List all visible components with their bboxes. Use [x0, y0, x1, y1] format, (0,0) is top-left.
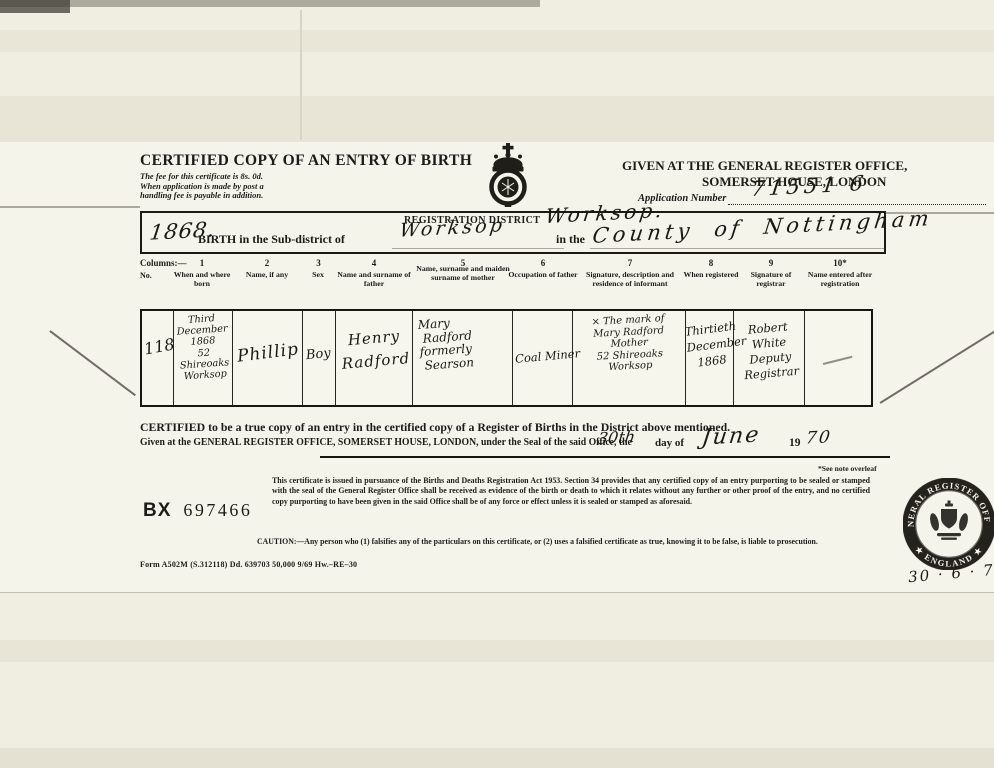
- certification-year-value: 70: [805, 427, 833, 448]
- scanned-birth-certificate: CERTIFIED COPY OF AN ENTRY OF BIRTH The …: [0, 0, 994, 768]
- entry-cell-informant: × The mark of Mary Radford Mother 52 Shi…: [573, 311, 686, 405]
- column-number: 4: [335, 258, 413, 268]
- serial-number-digits: 697466: [183, 500, 252, 520]
- certification-year-prefix-text: 19: [789, 437, 801, 449]
- subdistrict-value: Worksop: [398, 214, 506, 241]
- column-label: Name, surname and maiden surname of moth…: [413, 265, 513, 282]
- county-underline: [590, 248, 884, 249]
- column-number: 10*: [807, 258, 873, 268]
- certification-year-value-text: 70: [805, 427, 833, 448]
- certification-line2: Given at the GENERAL REGISTER OFFICE, SO…: [140, 437, 632, 448]
- column-label: When and where born: [167, 271, 237, 288]
- fold-line-left: [50, 330, 136, 396]
- gro-seal: GENERAL REGISTER OFFICE ★ ENGLAND ★: [903, 478, 994, 575]
- certification-year-prefix: 19: [789, 437, 801, 449]
- entry-cell-mother: Mary Radford formerly Searson: [413, 311, 512, 405]
- fee-note: The fee for this certificate is 8s. 0d. …: [140, 172, 264, 201]
- issuance-paragraph: This certificate is issued in pursuance …: [272, 476, 870, 507]
- entry-no: 118: [143, 334, 176, 358]
- birth-line-infix: in the: [556, 232, 585, 247]
- scan-edge-top: [0, 0, 540, 7]
- columns-header: Columns:— 1 2 3 4 5 6 7 8 9 10* No. When…: [140, 257, 900, 305]
- column-label: Name and surname of father: [332, 271, 416, 288]
- certification-rule: [320, 456, 890, 458]
- column-number: 7: [573, 258, 687, 268]
- certification-day-of-text: day of: [655, 437, 684, 449]
- column-number: 3: [302, 258, 335, 268]
- entry-cell-sex: Boy: [303, 311, 336, 405]
- entry-cell-when-where-born: Third December 1868 52 Shireoaks Worksop: [174, 311, 234, 405]
- entry-table: 118 Third December 1868 52 Shireoaks Wor…: [140, 309, 873, 407]
- column-number: 6: [513, 258, 573, 268]
- scan-edge-top-blob: [0, 0, 70, 13]
- fold-line-right: [880, 331, 994, 404]
- column-label: Occupation of father: [508, 271, 578, 280]
- certificate-bottom-edge: [0, 592, 994, 593]
- certification-line1-text: CERTIFIED to be a true copy of an entry …: [140, 420, 730, 434]
- entry-cell-no: 118: [142, 311, 174, 405]
- caution-text: CAUTION:—Any person who (1) falsifies an…: [257, 537, 855, 546]
- certification-month-text: June: [700, 422, 762, 450]
- column-label: Name entered after registration: [800, 271, 880, 288]
- scan-line-left: [0, 206, 140, 208]
- serial-number: BX 697466: [143, 500, 252, 522]
- entry-cell-occupation: Coal Miner: [513, 311, 573, 405]
- column-label: When registered: [681, 271, 741, 280]
- entry-cell-when-registered: Thirtieth December 1868: [686, 311, 734, 405]
- column-number: 2: [232, 258, 302, 268]
- scan-band-2: [0, 96, 994, 142]
- entry-sex: Boy: [305, 346, 331, 364]
- birth-line-infix-text: in the: [556, 232, 585, 246]
- royal-crown-badge-icon: [486, 143, 530, 212]
- entry-cell-name: Phillip: [233, 311, 303, 405]
- certification-month-value: June: [700, 422, 762, 450]
- entry-name: Phillip: [236, 339, 300, 366]
- entry-cell-name-after: [805, 311, 871, 405]
- column-number: 8: [687, 258, 735, 268]
- page-title: CERTIFIED COPY OF AN ENTRY OF BIRTH: [140, 152, 472, 170]
- entry-cell-father: Henry Radford: [336, 311, 414, 405]
- certification-day-text: 30th: [597, 427, 637, 448]
- scan-band-3: [0, 640, 994, 662]
- column-label: Signature, description and residence of …: [570, 271, 690, 288]
- entry-occupation: Coal Miner: [514, 346, 580, 366]
- issuance-paragraph-text: This certificate is issued in pursuance …: [272, 476, 870, 506]
- serial-prefix: BX: [143, 500, 171, 521]
- scan-crease-vertical: [300, 10, 302, 140]
- certification-day-of-label: day of: [655, 437, 684, 449]
- registration-district-box: REGISTRATION DISTRICT Worksop. 1868. BIR…: [140, 211, 886, 254]
- page-title-text: CERTIFIED COPY OF AN ENTRY OF BIRTH: [140, 152, 472, 169]
- seal-crest: [928, 501, 969, 540]
- certification-line1: CERTIFIED to be a true copy of an entry …: [140, 420, 730, 435]
- subdistrict-underline: [392, 248, 564, 249]
- stray-pen-mark: [823, 356, 852, 365]
- birth-subdistrict-prefix-text: BIRTH in the Sub-district of: [198, 232, 345, 246]
- entry-cell-registrar: Robert White Deputy Registrar: [734, 311, 806, 405]
- column-number: 9: [735, 258, 807, 268]
- column-number: 1: [172, 258, 232, 268]
- certification-line2-text: Given at the GENERAL REGISTER OFFICE, SO…: [140, 437, 632, 448]
- column-label: Signature of registrar: [736, 271, 806, 288]
- see-note-overleaf: *See note overleaf: [818, 464, 877, 473]
- form-number: Form A502M (S.312118) Dd. 639703 50,000 …: [140, 560, 357, 569]
- fee-note-line: handling fee is payable in addition.: [140, 191, 264, 201]
- form-number-text: Form A502M (S.312118) Dd. 639703 50,000 …: [140, 560, 357, 569]
- see-note-text: *See note overleaf: [818, 464, 877, 473]
- column-label: Name, if any: [232, 271, 302, 280]
- subdistrict-value-text: Worksop: [398, 214, 506, 241]
- birth-subdistrict-prefix: BIRTH in the Sub-district of: [198, 232, 345, 247]
- scan-band-4: [0, 748, 994, 768]
- caution-text-inner: CAUTION:—Any person who (1) falsifies an…: [257, 537, 818, 546]
- certification-day-value: 30th: [597, 427, 637, 448]
- scan-band-1: [0, 30, 994, 52]
